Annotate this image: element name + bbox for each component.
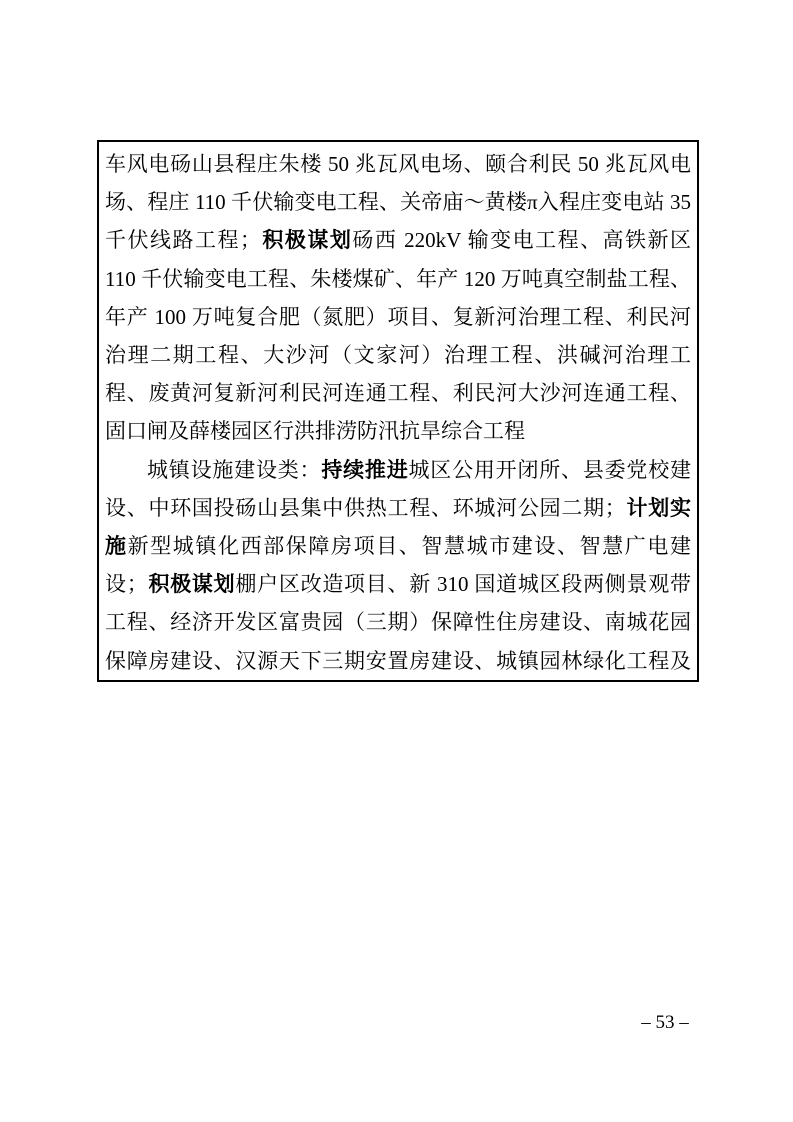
page-number: – 53 – [600,1012,730,1034]
text-run: 砀西 220kV 输变电工程、高铁新区 110 千伏输变电工程、朱楼煤矿、年产 … [105,228,691,443]
bold-text-run: 持续推进 [321,458,408,482]
bordered-text-box: 车风电砀山县程庄朱楼 50 兆瓦风电场、颐合利民 50 兆瓦风电场、程庄 110… [97,140,699,682]
paragraph: 城镇设施建设类：持续推进城区公用开闭所、县委党校建设、中环国投砀山县集中供热工程… [105,451,691,682]
bold-text-run: 积极谋划 [261,228,352,252]
bold-text-run: 积极谋划 [148,572,236,596]
document-page: 车风电砀山县程庄朱楼 50 兆瓦风电场、颐合利民 50 兆瓦风电场、程庄 110… [0,0,793,1122]
text-run: 城镇设施建设类： [147,458,321,482]
paragraph: 车风电砀山县程庄朱楼 50 兆瓦风电场、颐合利民 50 兆瓦风电场、程庄 110… [105,145,691,451]
